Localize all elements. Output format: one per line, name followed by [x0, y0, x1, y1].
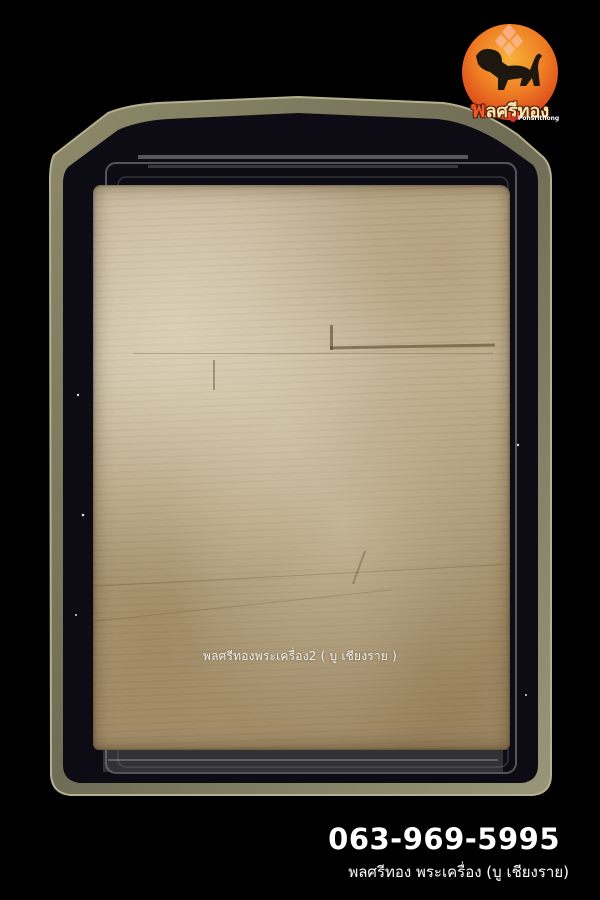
instagram-icon — [510, 116, 516, 122]
logo-subtitle: Ponsrithong — [510, 115, 559, 122]
scratch-mark — [94, 589, 392, 621]
scratch-mark — [133, 353, 493, 354]
shop-name: พลศรีทอง พระเครื่อง (บู เชียงราย) — [348, 860, 569, 884]
scratch-mark — [352, 551, 366, 585]
scratch-mark — [330, 344, 495, 350]
scratch-mark — [93, 564, 502, 586]
scratch-mark — [213, 360, 215, 390]
scratch-mark — [330, 325, 333, 350]
brand-logo: พลศรีทอง Ponsrithong — [458, 20, 562, 124]
phone-number: 063-969-5995 — [328, 822, 560, 856]
watermark-text: พลศรีทองพระเครื่อง2 ( บู เชียงราย ) — [0, 647, 600, 666]
